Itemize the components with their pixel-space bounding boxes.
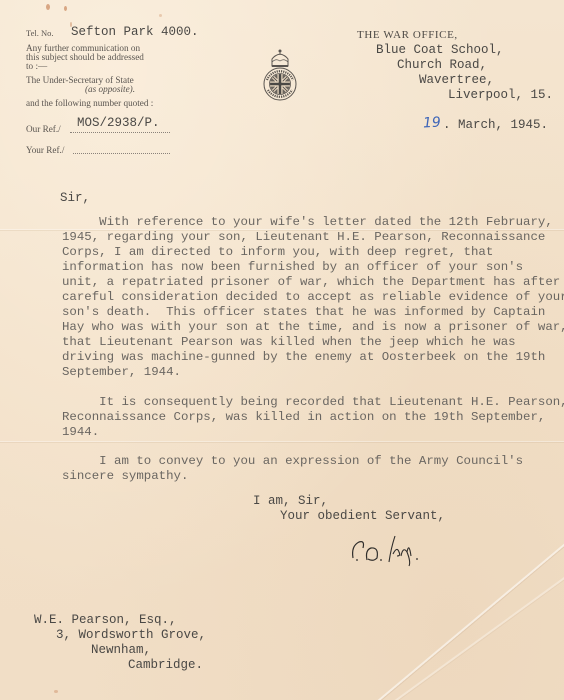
- address-line-1: Blue Coat School,: [376, 43, 504, 57]
- communication-instruction-line3: to :—: [26, 61, 47, 72]
- body-line: Hay who was with your son at the time, a…: [62, 320, 564, 334]
- body-line: son's death. This officer states that he…: [62, 305, 545, 319]
- body-line: information has now been furnished by an…: [62, 260, 523, 274]
- address-line-2: Church Road,: [397, 58, 487, 72]
- paper-fold-line: [0, 441, 564, 442]
- tel-number: Sefton Park 4000.: [71, 25, 199, 39]
- salutation: Sir,: [60, 191, 90, 205]
- body-line: September, 1944.: [62, 365, 181, 379]
- your-ref-label: Your Ref./: [26, 145, 64, 156]
- tel-label: Tel. No.: [26, 28, 54, 39]
- date-day-handwritten: 19: [423, 115, 442, 132]
- handwritten-signature: F. D. Lloyd.: [349, 530, 429, 570]
- paper-crease: [394, 559, 564, 700]
- closing-line-2: Your obedient Servant,: [280, 509, 445, 523]
- recipient-address-line-2: Newnham,: [91, 643, 151, 657]
- body-line: It is consequently being recorded that L…: [62, 395, 564, 409]
- body-line: With reference to your wife's letter dat…: [62, 215, 553, 229]
- body-line: that Lieutenant Pearson was killed when …: [62, 335, 516, 349]
- address-line-3: Wavertree,: [419, 73, 494, 87]
- war-office-title: THE WAR OFFICE,: [357, 30, 458, 41]
- rust-stain: [64, 6, 67, 11]
- date-month-year: . March, 1945.: [443, 118, 548, 132]
- body-line: 1945, regarding your son, Lieutenant H.E…: [62, 230, 545, 244]
- body-line: 1944.: [62, 425, 99, 439]
- body-line: sincere sympathy.: [62, 469, 188, 483]
- recipient-address-line-1: 3, Wordsworth Grove,: [56, 628, 206, 642]
- body-line: driving was machine-gunned by the enemy …: [62, 350, 545, 364]
- national-scheme-crest-icon: [262, 44, 298, 106]
- quote-instruction: and the following number quoted :: [26, 98, 153, 109]
- body-line: unit, a repatriated prisoner of war, whi…: [62, 275, 560, 289]
- your-ref-dotted-line: [73, 145, 170, 154]
- body-line: I am to convey to you an expression of t…: [62, 454, 523, 468]
- closing-line-1: I am, Sir,: [253, 494, 328, 508]
- body-line: Corps, I am directed to inform you, with…: [62, 245, 493, 259]
- addressee-note: (as opposite).: [85, 84, 135, 95]
- recipient-name: W.E. Pearson, Esq.,: [34, 613, 177, 627]
- rust-stain: [159, 14, 162, 17]
- body-line: Reconnaissance Corps, was killed in acti…: [62, 410, 545, 424]
- letter-page: Tel. No. Sefton Park 4000. Any further c…: [0, 0, 564, 700]
- recipient-address-line-3: Cambridge.: [128, 658, 203, 672]
- our-ref-label: Our Ref./: [26, 124, 61, 135]
- body-line: careful consideration decided to accept …: [62, 290, 564, 304]
- address-line-4: Liverpool, 15.: [448, 88, 553, 102]
- rust-stain: [46, 4, 50, 10]
- rust-stain: [54, 690, 58, 693]
- our-ref-value: MOS/2938/P.: [77, 116, 160, 130]
